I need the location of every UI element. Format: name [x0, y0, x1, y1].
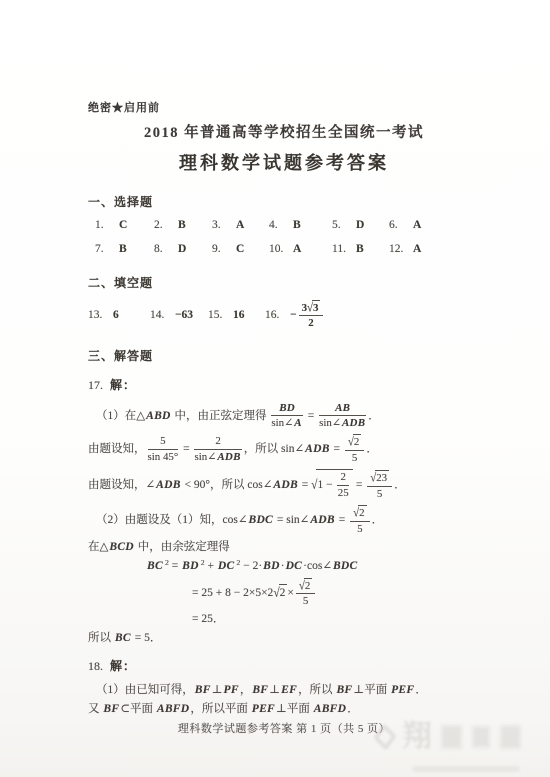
- solution-line: （1）由已知可得，BF⊥PF，BF⊥EF，所以 BF⊥平面 PEF．: [96, 683, 480, 698]
- math-it: BF: [103, 703, 119, 715]
- answer-letter: B: [293, 219, 301, 231]
- math-sqrt: √2: [348, 434, 361, 449]
- math-frac: BDsin∠A: [271, 402, 302, 431]
- fill-answer-item: 14.−63: [150, 308, 208, 323]
- math-txt: ⊥平面: [353, 684, 390, 696]
- math-frac: √25: [296, 578, 315, 609]
- answer-value: 16: [233, 308, 245, 323]
- math-txt: 3: [313, 302, 318, 314]
- answer-value: −63: [175, 308, 193, 323]
- solution-line: （1）在△ABD 中，由正弦定理得 BDsin∠A = ABsin∠ADB．: [96, 402, 480, 431]
- math-sqrt: √23: [370, 470, 389, 485]
- math-it: BD: [182, 560, 199, 572]
- answer-letter: A: [413, 243, 421, 255]
- math-txt: ⊥: [212, 684, 223, 696]
- math-txt: 2: [308, 317, 313, 329]
- math-it: ADB: [342, 417, 365, 429]
- math-txt: 2: [215, 435, 220, 447]
- answer-letter: C: [236, 243, 244, 255]
- choice-answer-item: 4.B: [269, 218, 332, 233]
- fill-answer-item: 15.16: [208, 308, 265, 323]
- math-txt: = 25．: [192, 613, 224, 625]
- choice-answer-item: 8.D: [154, 242, 212, 257]
- math-frac: 2sin∠ADB: [194, 435, 241, 464]
- math-txt: 由题设知，: [88, 443, 146, 455]
- math-txt: < 90°，所以 cos∠: [182, 479, 273, 491]
- question-number: 1.: [95, 218, 112, 233]
- math-txt: （2）由题设及（1）知，cos∠: [96, 514, 247, 526]
- math-it: PEF: [252, 703, 275, 715]
- math-frac: √235: [367, 470, 392, 501]
- solution-line: 由题设知，5sin 45° = 2sin∠ADB，所以 sin∠ADB = √2…: [88, 434, 480, 465]
- math-txt: ×: [287, 587, 294, 599]
- watermark-text: 翔: [402, 722, 432, 752]
- math-txt: 在△: [88, 541, 108, 553]
- math-txt: 5: [352, 452, 357, 464]
- math-txt: =: [305, 410, 317, 422]
- math-it: ADB: [305, 443, 330, 455]
- answer-letter: D: [178, 243, 186, 255]
- math-txt: ．: [415, 684, 427, 696]
- solution-line: 由题设知，∠ADB < 90°，所以 cos∠ADB = √1 − 225 = …: [88, 469, 480, 501]
- solution-label: 解：: [110, 378, 136, 392]
- math-txt: +: [205, 560, 217, 572]
- math-it: ABFD: [157, 703, 190, 715]
- math-txt: 23: [376, 472, 387, 484]
- solution-line: = 25 + 8 − 2×5×2√2×√25: [192, 578, 480, 609]
- math-txt: ·: [281, 560, 285, 572]
- math-it: BF: [252, 684, 268, 696]
- math-txt: 1 −: [317, 479, 335, 491]
- question-number: 14.: [150, 308, 167, 323]
- math-txt: ．: [366, 443, 378, 455]
- answer-letter: B: [356, 243, 364, 255]
- math-it: BDC: [248, 514, 273, 526]
- watermark-blob: [499, 724, 522, 750]
- question-number: 7.: [95, 242, 112, 257]
- choice-answer-item: 2.B: [154, 218, 212, 233]
- watermark: 翔: [376, 709, 550, 765]
- question-number: 6.: [389, 218, 406, 233]
- math-txt: 2: [354, 436, 359, 448]
- question-number: 4.: [269, 218, 286, 233]
- math-it: PF: [224, 684, 239, 696]
- math-sup: 2: [165, 558, 169, 567]
- math-it: PEF: [391, 684, 414, 696]
- question-number: 2.: [154, 218, 171, 233]
- math-frac: √25: [350, 505, 369, 536]
- math-txt: 中，由正弦定理得: [172, 410, 270, 422]
- math-txt: =: [169, 560, 181, 572]
- math-it: EF: [281, 684, 297, 696]
- choice-answer-item: 5.D: [332, 218, 389, 233]
- section-heading-solutions: 三、解答题: [88, 349, 480, 365]
- choice-answer-item: 1.C: [95, 218, 154, 233]
- math-it: ABFD: [314, 703, 347, 715]
- math-txt: ，所以 sin∠: [244, 443, 304, 455]
- answer-letter: C: [119, 219, 127, 231]
- question-number: 9.: [212, 242, 229, 257]
- math-txt: sin∠: [271, 417, 293, 429]
- scanned-exam-page: 绝密★启用前 2018 年普通高等学校招生全国统一考试 理科数学试题参考答案 一…: [0, 0, 550, 777]
- math-it: ADB: [156, 479, 181, 491]
- math-txt: sin∠: [319, 417, 341, 429]
- answer-value: 6: [113, 308, 119, 323]
- choice-answer-item: 9.C: [212, 242, 269, 257]
- math-frac: 5sin 45°: [148, 435, 179, 464]
- math-txt: − 2·: [240, 560, 262, 572]
- solution-line: （2）由题设及（1）知，cos∠BDC = sin∠ADB = √25．: [96, 505, 480, 536]
- math-txt: 25: [338, 487, 349, 499]
- math-txt: sin∠: [194, 451, 216, 463]
- math-txt: = 25 + 8 − 2×5×2: [192, 587, 273, 599]
- problem-17-header: 17.解：: [88, 378, 480, 394]
- math-it: BDC: [333, 560, 358, 572]
- math-txt: −63: [175, 309, 193, 321]
- math-txt: =: [299, 479, 311, 491]
- problem-number: 17.: [88, 378, 110, 394]
- math-txt: ，所以平面: [190, 703, 250, 715]
- math-txt: = sin∠: [274, 514, 309, 526]
- math-txt: ·cos∠: [303, 560, 332, 572]
- math-it: DC: [218, 560, 235, 572]
- question-number: 13.: [88, 308, 105, 323]
- problem-18-header: 18.解：: [88, 659, 480, 675]
- solution-line: 所以 BC = 5．: [88, 631, 480, 646]
- math-it: BC: [147, 560, 163, 572]
- math-sqrt: √2: [299, 578, 312, 593]
- math-txt: =: [353, 479, 365, 491]
- math-sqrt: √2: [273, 584, 287, 601]
- math-it: BC: [115, 632, 131, 644]
- page-title: 理科数学试题参考答案: [88, 152, 480, 175]
- math-it: A: [294, 417, 302, 429]
- classification-label: 绝密★启用前: [88, 101, 480, 115]
- fill-answers-grid: 13.614.−6315.1616.−3√32: [88, 300, 480, 331]
- math-txt: （1）在△: [96, 410, 145, 422]
- question-number: 3.: [212, 218, 229, 233]
- math-it: BCD: [109, 541, 134, 553]
- math-txt: 中，由余弦定理得: [135, 541, 230, 553]
- math-txt: 5: [377, 488, 382, 500]
- math-txt: ．: [372, 514, 384, 526]
- math-frac: 3√32: [299, 300, 324, 331]
- math-txt: 16: [233, 309, 245, 321]
- question-number: 12.: [389, 242, 406, 257]
- choice-answers-grid: 1.C2.B3.A4.B5.D6.A7.B8.D9.C10.A11.B12.A: [88, 218, 480, 257]
- question-number: 11.: [332, 242, 349, 257]
- math-txt: 2: [305, 580, 310, 592]
- choice-answer-item: 3.A: [212, 218, 269, 233]
- math-txt: ．: [368, 410, 380, 422]
- watermark-url-bar: [412, 766, 520, 772]
- fill-answer-item: 16.−3√32: [265, 300, 480, 331]
- math-txt: 2: [340, 471, 345, 483]
- choice-answer-item: 10.A: [269, 242, 332, 257]
- math-it: BF: [195, 684, 211, 696]
- math-txt: 5: [303, 595, 308, 607]
- watermark-blob: [471, 725, 491, 749]
- page-content: 绝密★启用前 2018 年普通高等学校招生全国统一考试 理科数学试题参考答案 一…: [88, 101, 480, 736]
- math-it: BD: [279, 402, 295, 414]
- question-number: 10.: [269, 242, 286, 257]
- math-it: ABD: [146, 410, 171, 422]
- problem-17: 17.解： （1）在△ABD 中，由正弦定理得 BDsin∠A = ABsin∠…: [88, 378, 480, 646]
- solution-label: 解：: [110, 659, 136, 673]
- answer-letter: B: [119, 243, 127, 255]
- math-txt: =: [180, 443, 192, 455]
- math-it: DC: [286, 560, 303, 572]
- answer-letter: B: [178, 219, 186, 231]
- math-txt: 2: [359, 507, 364, 519]
- math-txt: sin 45°: [148, 451, 179, 463]
- math-txt: 5: [357, 523, 362, 535]
- math-sup: 2: [201, 558, 205, 567]
- solution-line: BC2 = BD2 + DC2 − 2·BD·DC·cos∠BDC: [146, 559, 480, 574]
- math-it: AB: [335, 402, 350, 414]
- choice-answer-item: 7.B: [95, 242, 154, 257]
- math-txt: −: [290, 309, 297, 321]
- math-txt: ⊥平面: [276, 703, 313, 715]
- math-frac: ABsin∠ADB: [319, 402, 366, 431]
- fill-answer-item: 13.6: [88, 308, 150, 323]
- math-txt: ．: [394, 479, 406, 491]
- math-txt: 所以: [88, 632, 114, 644]
- answer-letter: A: [293, 243, 301, 255]
- question-number: 5.: [332, 218, 349, 233]
- choice-answer-item: 12.A: [389, 242, 480, 257]
- watermark-blob: [440, 724, 463, 750]
- choice-answer-item: 11.B: [332, 242, 389, 257]
- answer-letter: A: [236, 219, 244, 231]
- section-heading-choice: 一、选择题: [88, 195, 480, 211]
- math-txt: ．: [347, 703, 359, 715]
- solution-line: = 25．: [192, 612, 480, 627]
- math-txt: =: [331, 443, 343, 455]
- answer-letter: A: [413, 219, 421, 231]
- choice-answer-item: 6.A: [389, 218, 480, 233]
- math-txt: （1）由已知可得，: [96, 684, 194, 696]
- math-it: BF: [336, 684, 352, 696]
- math-it: ADB: [217, 451, 240, 463]
- question-number: 15.: [208, 308, 225, 323]
- math-txt: 由题设知，∠: [88, 479, 155, 491]
- problem-17-solution-lines: （1）在△ABD 中，由正弦定理得 BDsin∠A = ABsin∠ADB．由题…: [88, 402, 480, 647]
- answer-letter: D: [356, 219, 364, 231]
- math-sup: 2: [236, 558, 240, 567]
- math-txt: 6: [113, 309, 119, 321]
- question-number: 16.: [265, 308, 282, 323]
- math-it: ADB: [310, 514, 335, 526]
- math-txt: ⊂平面: [120, 703, 156, 715]
- math-frac: 225: [337, 471, 348, 500]
- math-sqrt: √1 − 225: [311, 469, 353, 500]
- math-txt: 又: [88, 703, 102, 715]
- exam-title: 2018 年普通高等学校招生全国统一考试: [88, 124, 480, 143]
- solution-line: 在△BCD 中，由余弦定理得: [88, 540, 480, 555]
- section-heading-fill: 二、填空题: [88, 276, 480, 292]
- math-sqrt: √2: [353, 505, 366, 520]
- math-txt: ，所以: [298, 684, 335, 696]
- watermark-logo-icon: [373, 723, 397, 750]
- answer-value: −3√32: [290, 300, 325, 331]
- math-frac: √25: [345, 434, 364, 465]
- math-txt: = 5．: [132, 632, 162, 644]
- question-number: 8.: [154, 242, 171, 257]
- math-it: BD: [263, 560, 280, 572]
- problem-number: 18.: [88, 659, 110, 675]
- math-txt: 5: [160, 435, 165, 447]
- math-txt: =: [336, 514, 348, 526]
- math-txt: ⊥: [269, 684, 280, 696]
- math-sqrt: √3: [307, 300, 320, 315]
- math-txt: 2: [280, 587, 286, 599]
- math-txt: ，: [240, 684, 252, 696]
- math-it: ADB: [273, 479, 298, 491]
